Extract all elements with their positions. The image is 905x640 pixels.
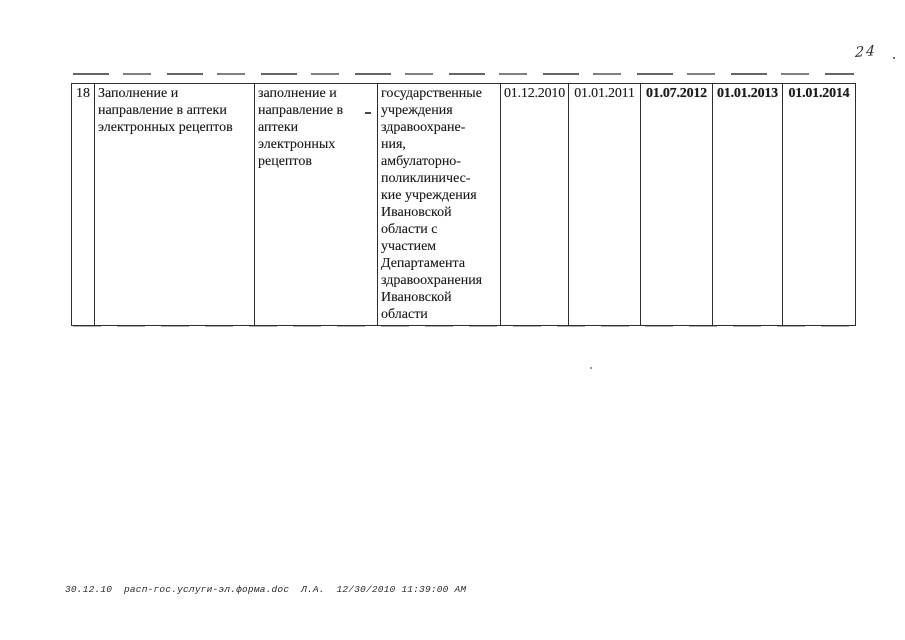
scan-artifact-line-bottom [73, 326, 854, 327]
date-cell-3: 01.07.2012 [641, 84, 713, 326]
date-cell-2: 01.01.2011 [569, 84, 641, 326]
scan-speck [893, 57, 895, 59]
service-cell: заполнение и направление в аптеки электр… [255, 84, 378, 326]
measure-cell: Заполнение и направление в аптеки электр… [95, 84, 255, 326]
implementation-schedule-table: 18 Заполнение и направление в аптеки эле… [71, 83, 856, 326]
scan-artifact-line-top [73, 73, 854, 75]
document-page: 24 18 Заполнение и направление в аптеки … [0, 0, 905, 640]
date-cell-5: 01.01.2014 [783, 84, 856, 326]
scan-speck [590, 367, 592, 369]
row-number-cell: 18 [72, 84, 95, 326]
page-number: 24 [855, 43, 878, 61]
executors-cell: государственные учреждения здравоохране-… [378, 84, 501, 326]
date-cell-4: 01.01.2013 [713, 84, 783, 326]
footer-file-info: 30.12.10 расп-гос.услуги-эл.форма.doc Л.… [65, 584, 466, 595]
table-row: 18 Заполнение и направление в аптеки эле… [72, 84, 856, 326]
scan-speck [365, 112, 371, 114]
date-cell-1: 01.12.2010 [501, 84, 569, 326]
